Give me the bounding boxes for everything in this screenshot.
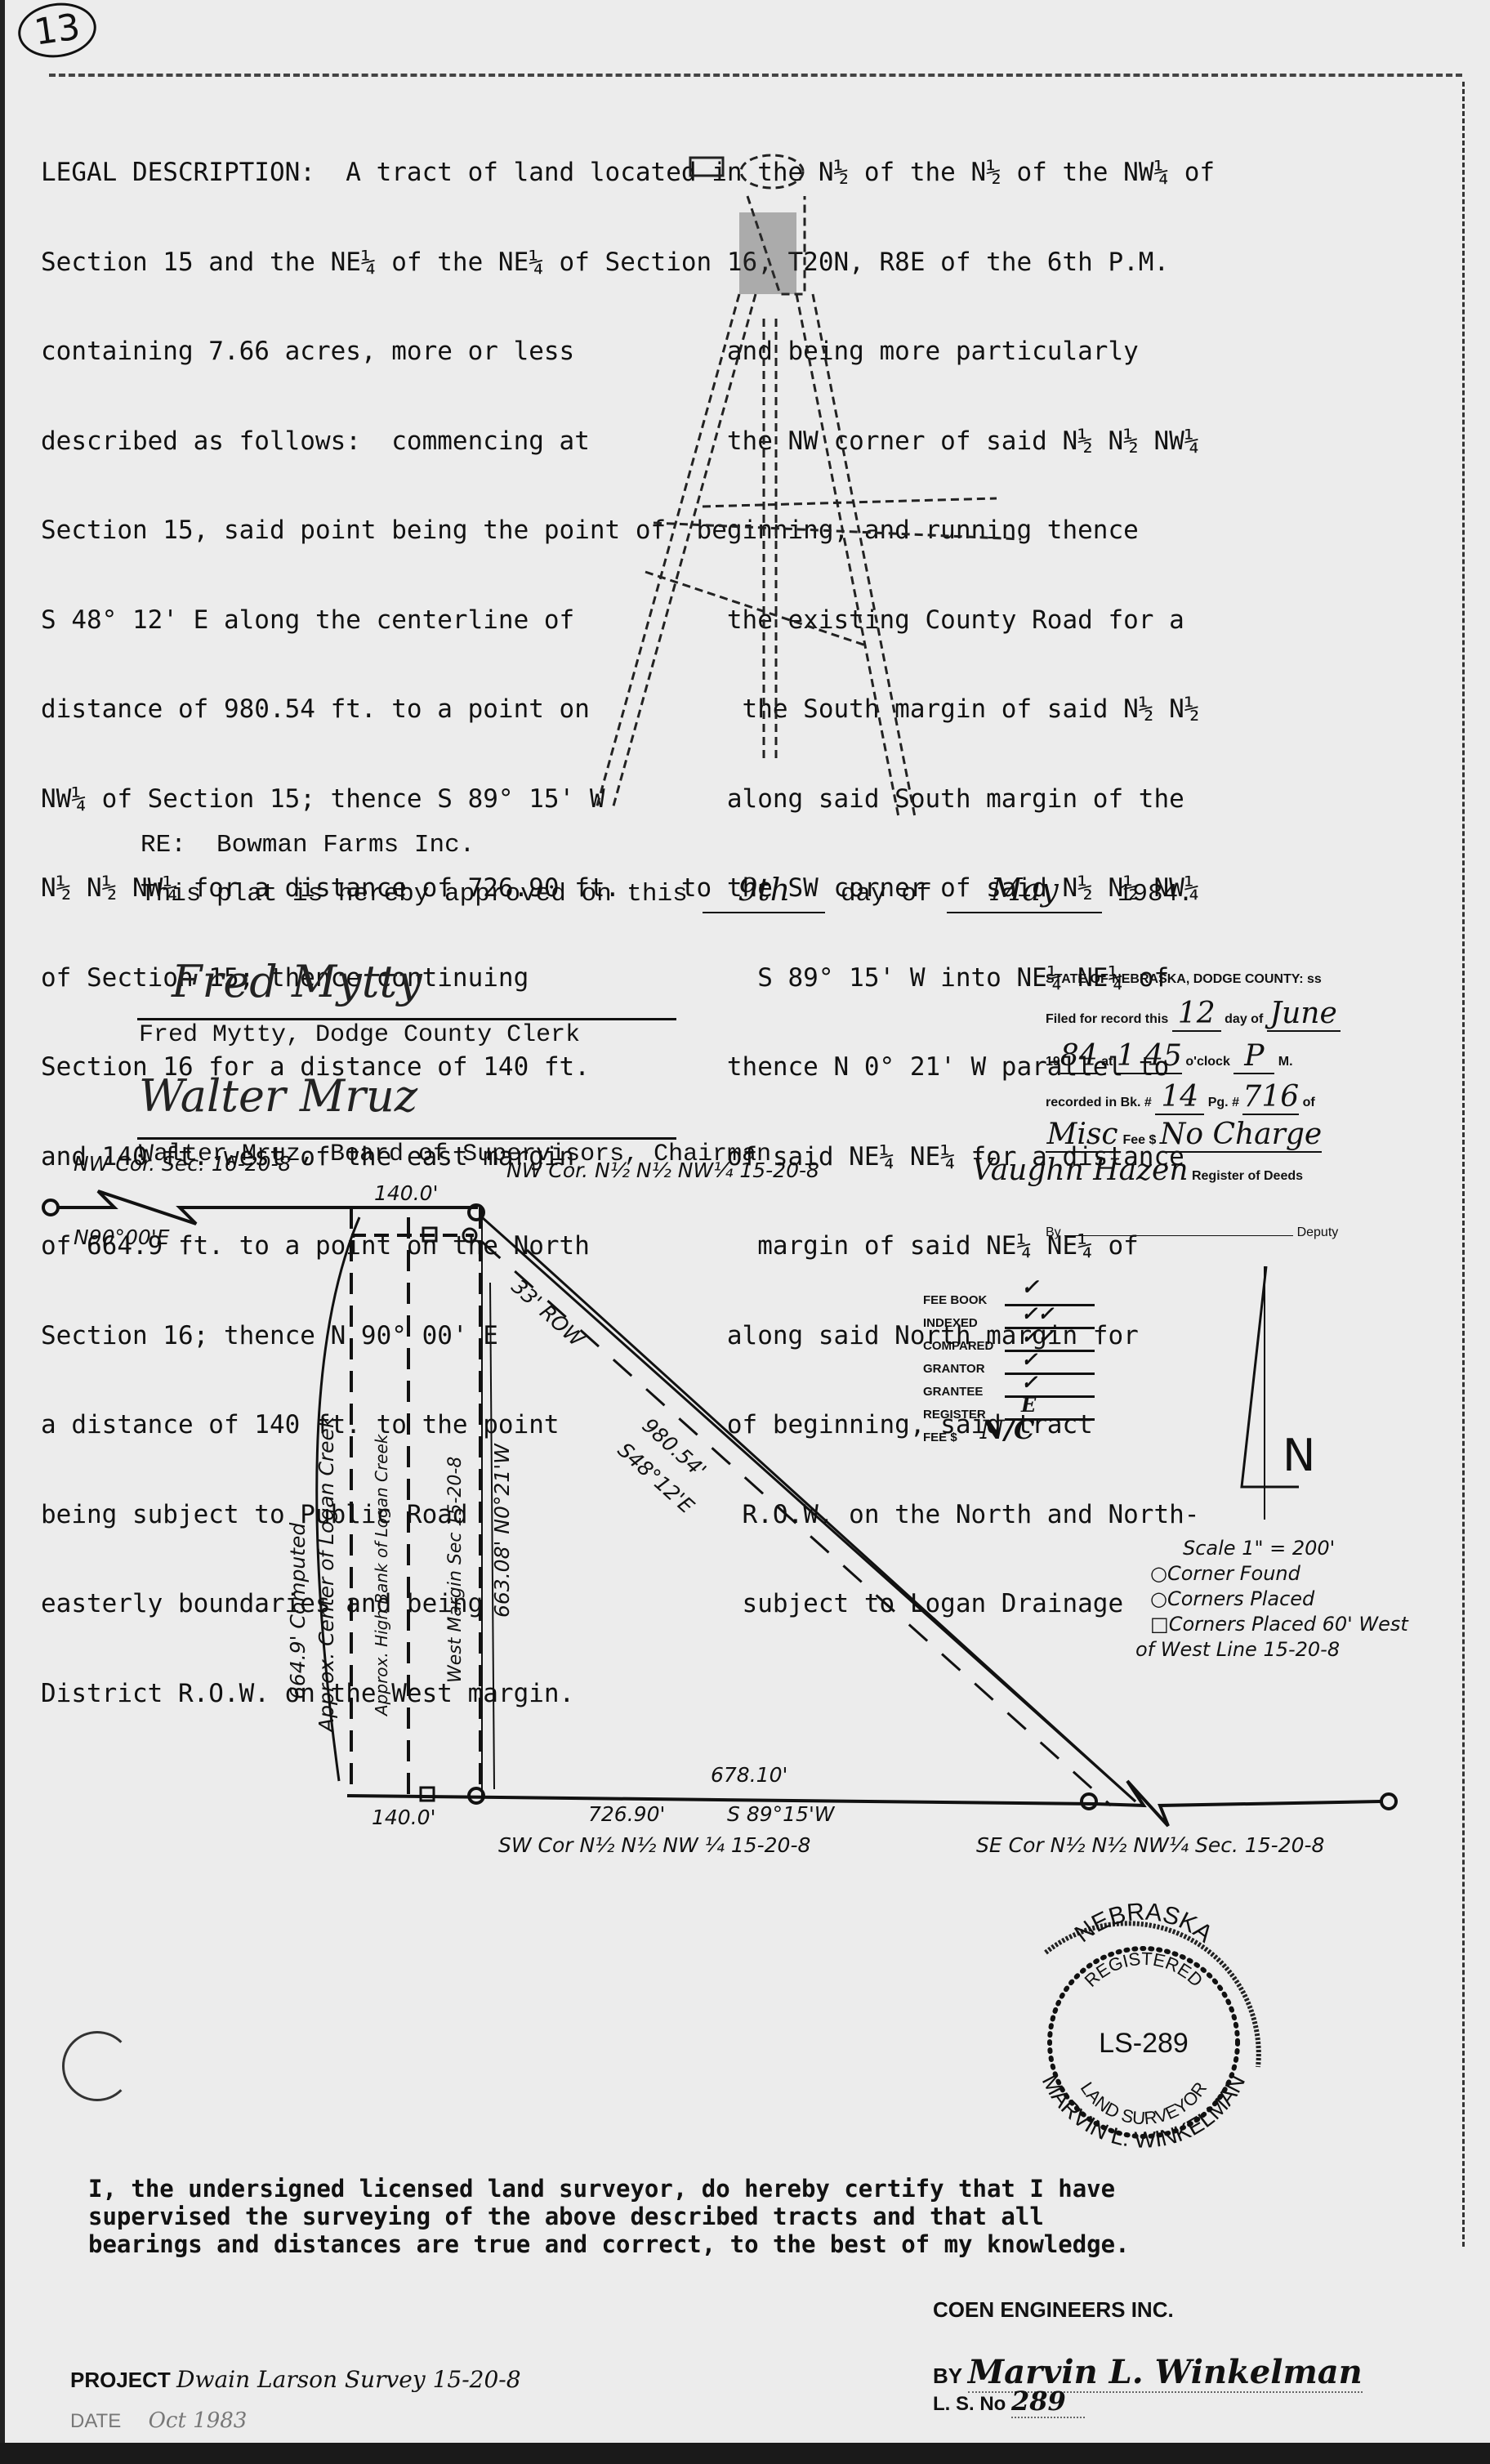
surveyor-seal-icon: NEBRASKA REGISTERED LS-289 LAND SURVEYOR… xyxy=(988,1879,1299,2189)
project-line: PROJECT Dwain Larson Survey 15-20-8 xyxy=(70,2366,521,2393)
svg-text:REGISTERED: REGISTERED xyxy=(1081,1948,1207,1991)
south-total-label: 678.10' xyxy=(711,1763,787,1787)
sw-cor-label: SW Cor N½ N½ NW ¼ 15-20-8 xyxy=(498,1833,810,1857)
svg-text:NEBRASKA: NEBRASKA xyxy=(1070,1899,1218,1948)
north-arrow-label: N xyxy=(1283,1430,1315,1481)
project-value: Dwain Larson Survey 15-20-8 xyxy=(176,2366,521,2393)
corner-placed-icon: ○ xyxy=(1150,1587,1167,1610)
firm-name: COEN ENGINEERS INC. xyxy=(933,2297,1174,2323)
south-bearing-label: S 89°15'W xyxy=(727,1802,835,1826)
margin-mark xyxy=(62,2031,132,2101)
west-computed-label: 664.9' Computed xyxy=(286,1523,310,1699)
west-dist-label: 663.08' N0°21'W xyxy=(490,1444,514,1618)
seal-number: LS-289 xyxy=(1099,2028,1189,2059)
seal-registered-text: REGISTERED xyxy=(1081,1948,1207,1991)
se-cor-label: SE Cor N½ N½ NW¼ Sec. 15-20-8 xyxy=(976,1833,1324,1857)
legend-item: ○Corner Found xyxy=(1150,1561,1408,1587)
west-margin-label: West Margin Sec 15-20-8 xyxy=(445,1457,466,1683)
date-line: DATE Oct 1983 xyxy=(70,2408,247,2433)
center-creek-label: Approx. Center of Logan Creek xyxy=(315,1417,338,1732)
date-value: Oct 1983 xyxy=(149,2408,248,2433)
scale-label: Scale 1" = 200' xyxy=(1150,1536,1408,1561)
dist-north-label: 140.0' xyxy=(374,1181,438,1205)
nw-cor-sec16-label: NW Cor. Sec. 16-20-8 xyxy=(74,1152,291,1176)
bearing-north-label: N90°00'E xyxy=(74,1225,170,1249)
dist-south-small-label: 140.0' xyxy=(372,1806,435,1829)
certification-text: I, the undersigned licensed land surveyo… xyxy=(88,2175,1130,2258)
corner-placed-west-icon: □ xyxy=(1150,1613,1169,1636)
legend-item: ○Corners Placed xyxy=(1150,1587,1408,1612)
ls-number: L. S. No 289 xyxy=(933,2386,1085,2418)
nw-cor-n12-label: NW Cor. N½ N½ NW¼ 15-20-8 xyxy=(506,1158,819,1182)
high-bank-label: Approx. High Bank of Logan Creek xyxy=(372,1435,391,1716)
survey-plat-page: 13 LEGAL DESCRIPTION: A tract of land lo… xyxy=(0,0,1490,2464)
legend-item: □Corners Placed 60' West xyxy=(1150,1612,1408,1637)
south-dist-label: 726.90' xyxy=(588,1802,665,1826)
scan-bottom-edge xyxy=(0,2443,1490,2464)
legend-note: of West Line 15-20-8 xyxy=(1135,1637,1408,1663)
corner-found-icon: ○ xyxy=(1150,1562,1167,1585)
plat-legend: Scale 1" = 200' ○Corner Found ○Corners P… xyxy=(1150,1536,1408,1663)
seal-top-text: NEBRASKA xyxy=(1070,1899,1218,1948)
